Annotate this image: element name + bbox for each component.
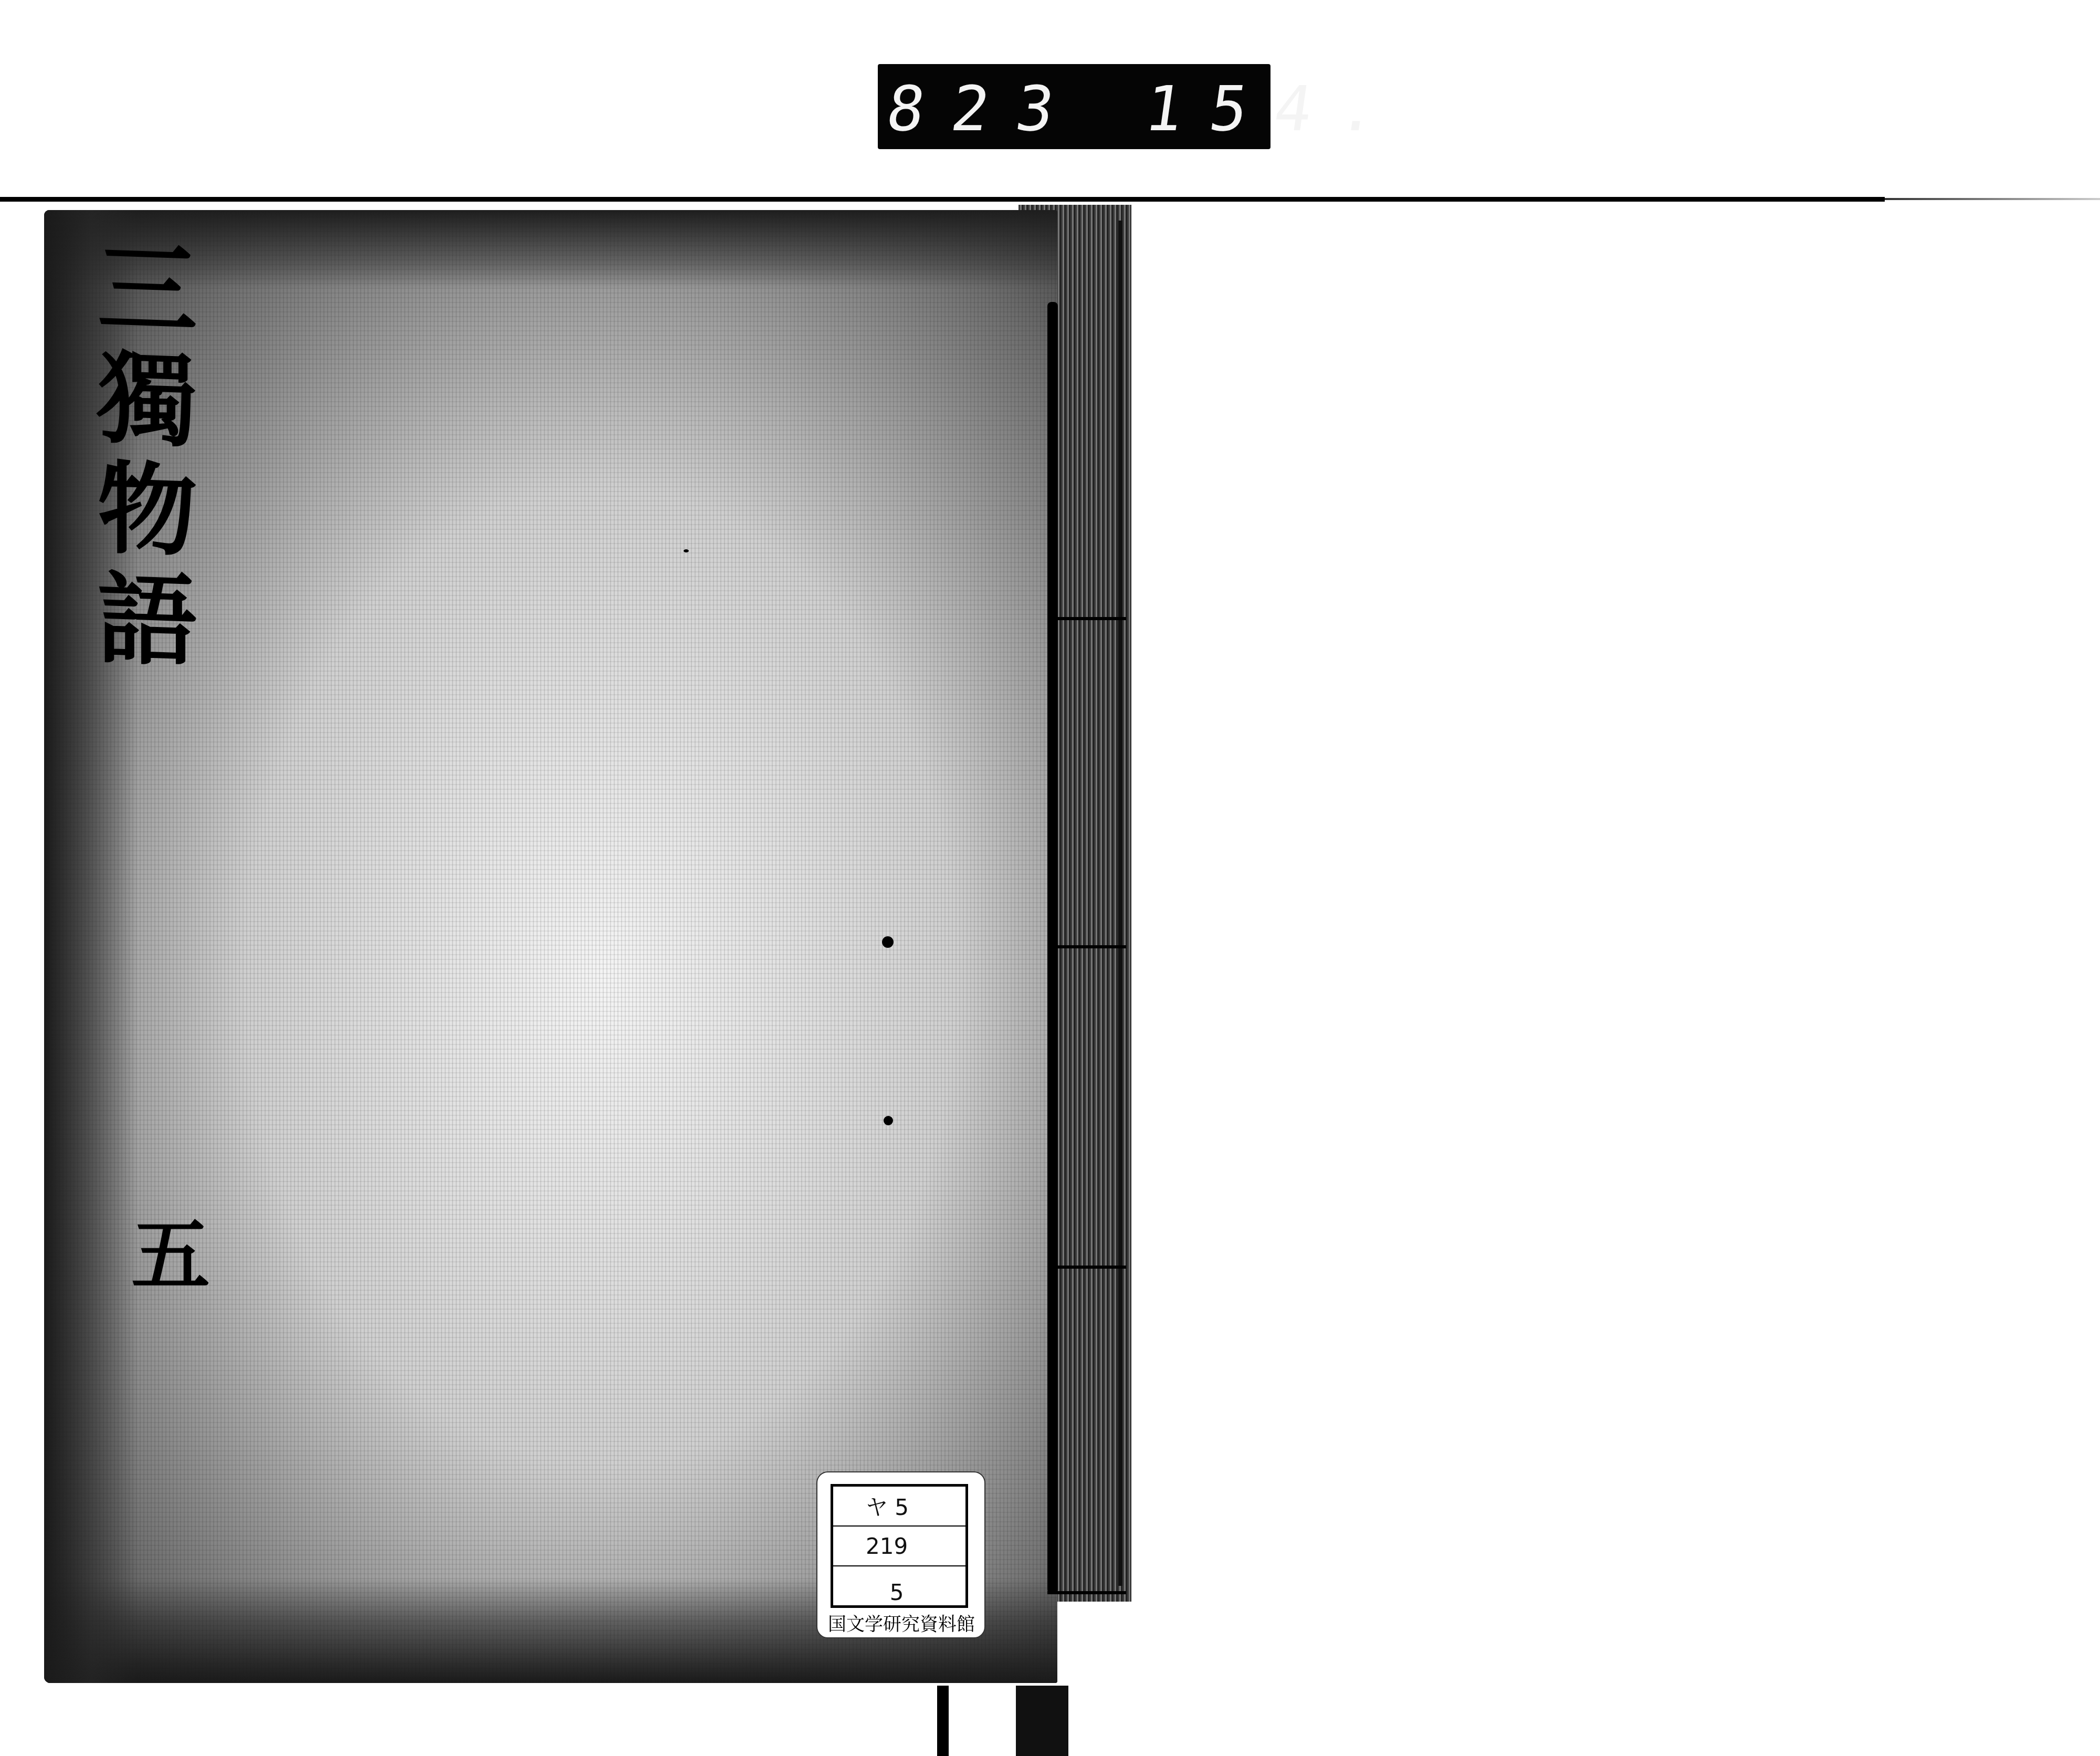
scanner-rule-line: [0, 197, 1885, 202]
binding-tail: [1016, 1686, 1068, 1756]
holdings-label: ヤ 5 219 5 国文学研究資料館: [816, 1471, 985, 1638]
stitch: [1047, 1591, 1126, 1594]
stitch: [1047, 1266, 1126, 1269]
stitch: [1047, 945, 1126, 948]
counter-right: 154.: [1141, 78, 1409, 140]
scanner-rule-fade: [1885, 198, 2100, 200]
call-number-row: ヤ 5: [833, 1487, 965, 1527]
spine-edge: [1118, 221, 1122, 1586]
call-number-table: ヤ 5 219 5: [831, 1484, 968, 1608]
ink-speck: [882, 936, 894, 948]
call-number-row: 5: [833, 1566, 965, 1606]
stitch: [1047, 617, 1126, 620]
call-number-row: 219: [833, 1527, 965, 1566]
institution-name: 国文学研究資料館: [825, 1610, 978, 1636]
cover-title: 三獨物語: [89, 235, 189, 680]
ink-speck: [884, 1116, 893, 1125]
volume-number: 五: [131, 1192, 210, 1305]
binding-tail: [937, 1686, 949, 1756]
frame-counter: 823 154.: [878, 64, 1270, 149]
counter-left: 823: [883, 78, 1086, 140]
ink-speck: [684, 549, 689, 552]
